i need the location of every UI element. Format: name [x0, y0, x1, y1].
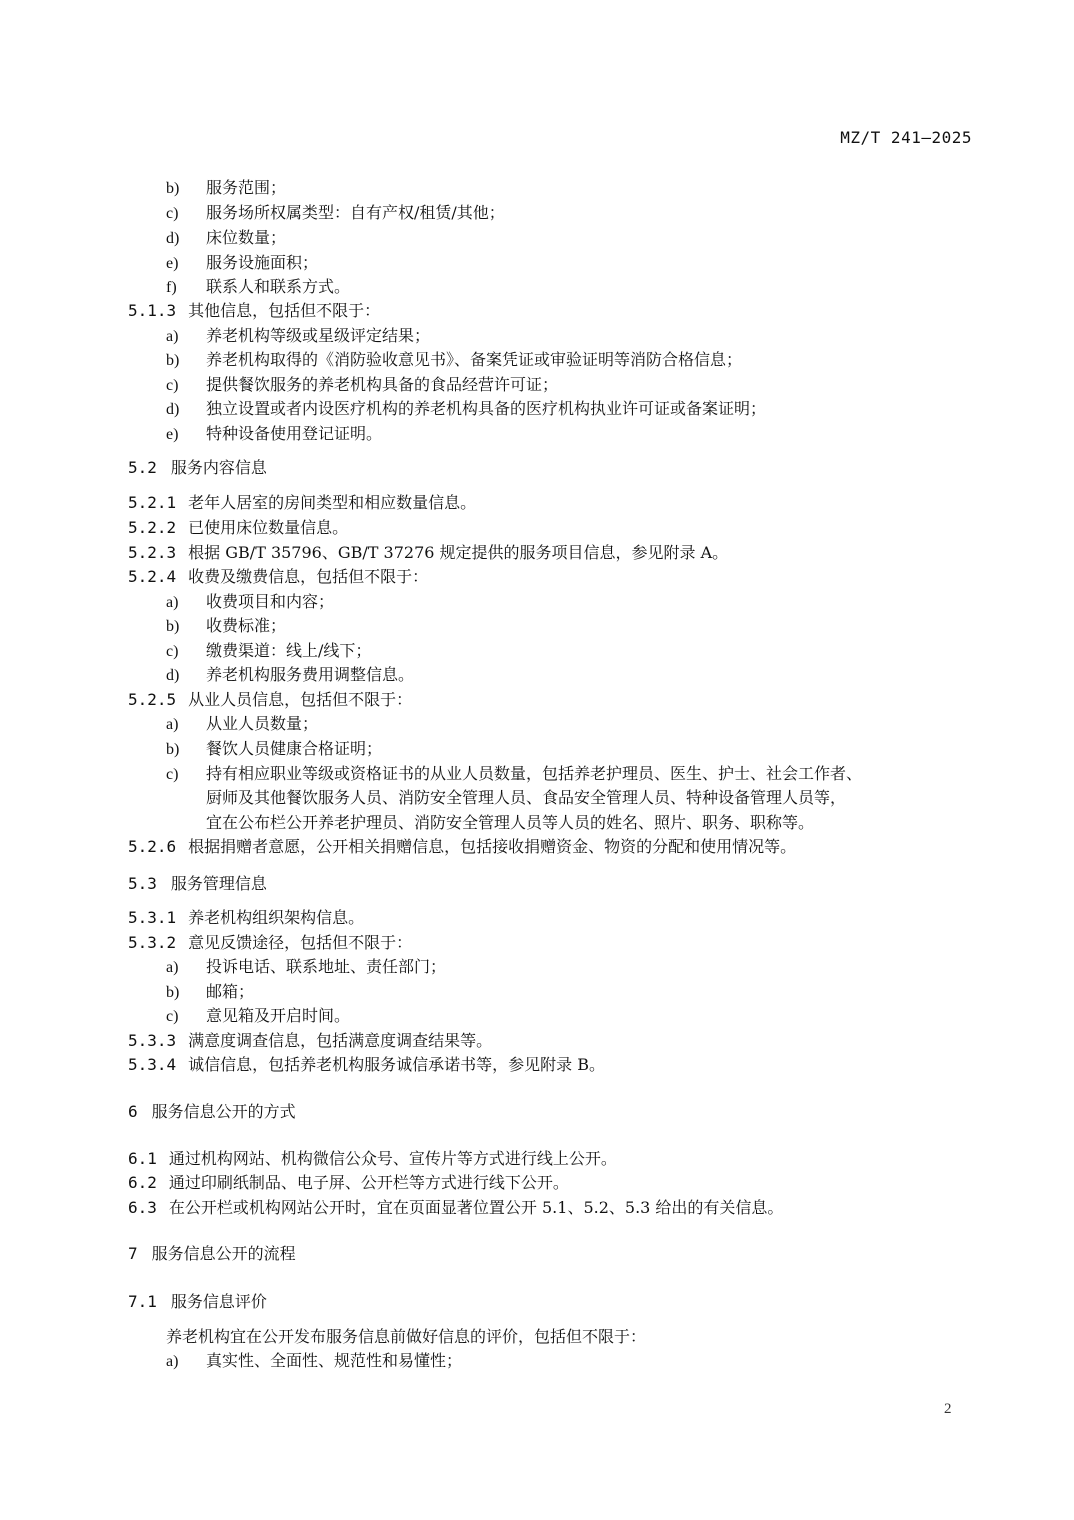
line-text: 服务范围；	[206, 178, 286, 197]
line-text: 邮箱；	[206, 982, 254, 1001]
list-item: c)持有相应职业等级或资格证书的从业人员数量，包括养老护理员、医生、护士、社会工…	[166, 762, 862, 787]
clause-number: 7	[128, 1242, 138, 1266]
list-item: d)养老机构服务费用调整信息。	[166, 663, 414, 688]
clause: 5.3.1养老机构组织架构信息。	[128, 906, 364, 930]
line-text: 从业人员信息，包括但不限于：	[188, 690, 412, 709]
item-label: c)	[166, 374, 206, 398]
item-label: e)	[166, 252, 206, 276]
line-text: 养老机构组织架构信息。	[188, 908, 364, 927]
list-item: c)意见箱及开启时间。	[166, 1004, 350, 1029]
clause-number: 5.2.3	[128, 541, 176, 565]
line-text: 养老机构宜在公开发布服务信息前做好信息的评价，包括但不限于：	[166, 1327, 646, 1346]
clause-number: 5.2.2	[128, 516, 176, 540]
line-text: 收费标准；	[206, 616, 286, 635]
line-text: 养老机构服务费用调整信息。	[206, 665, 414, 684]
list-item: f)联系人和联系方式。	[166, 275, 350, 300]
item-label: b)	[166, 981, 206, 1005]
clause: 5.2.5从业人员信息，包括但不限于：	[128, 688, 412, 712]
clause: 6.1通过机构网站、机构微信公众号、宣传片等方式进行线上公开。	[128, 1147, 617, 1171]
paragraph: 养老机构宜在公开发布服务信息前做好信息的评价，包括但不限于：	[166, 1325, 646, 1349]
line-text: 特种设备使用登记证明。	[206, 424, 382, 443]
line-text: 投诉电话、联系地址、责任部门；	[206, 957, 446, 976]
item-label: d)	[166, 227, 206, 251]
list-item: a)投诉电话、联系地址、责任部门；	[166, 955, 446, 980]
list-item: e)服务设施面积；	[166, 251, 318, 276]
clause: 6.2通过印刷纸制品、电子屏、公开栏等方式进行线下公开。	[128, 1171, 569, 1195]
line-text: 服务设施面积；	[206, 253, 318, 272]
clause-number: 6.1	[128, 1147, 157, 1171]
clause: 5.2.2已使用床位数量信息。	[128, 516, 348, 540]
clause-number: 6.2	[128, 1171, 157, 1195]
item-label: b)	[166, 177, 206, 201]
clause-number: 5.3.2	[128, 931, 176, 955]
line-text: 意见箱及开启时间。	[206, 1006, 350, 1025]
item-label: b)	[166, 349, 206, 373]
line-text: 养老机构等级或星级评定结果；	[206, 326, 430, 345]
clause-number: 5.3.3	[128, 1029, 176, 1053]
section-heading: 5.3服务管理信息	[128, 872, 267, 896]
item-label: c)	[166, 640, 206, 664]
list-item: a)收费项目和内容；	[166, 590, 334, 615]
list-item: b)餐饮人员健康合格证明；	[166, 737, 382, 762]
line-text: 收费及缴费信息，包括但不限于：	[188, 567, 428, 586]
clause: 5.1.3其他信息，包括但不限于：	[128, 299, 380, 323]
line-text: 服务管理信息	[171, 874, 267, 893]
clause-number: 5.2	[128, 456, 157, 480]
clause-number: 5.2.1	[128, 491, 176, 515]
line-text: 在公开栏或机构网站公开时，宜在页面显著位置公开 5.1、5.2、5.3 给出的有…	[169, 1198, 784, 1217]
clause-number: 5.3.4	[128, 1053, 176, 1077]
item-label: a)	[166, 591, 206, 615]
line-text: 服务场所权属类型：自有产权/租赁/其他；	[206, 203, 505, 222]
section-heading: 5.2服务内容信息	[128, 456, 267, 480]
item-label: b)	[166, 738, 206, 762]
list-item: d)床位数量；	[166, 226, 286, 251]
list-item: b)邮箱；	[166, 980, 254, 1005]
line-text: 其他信息，包括但不限于：	[188, 301, 380, 320]
line-text: 餐饮人员健康合格证明；	[206, 739, 382, 758]
page-number: 2	[944, 1401, 952, 1418]
clause: 5.2.3根据 GB/T 35796、GB/T 37276 规定提供的服务项目信…	[128, 541, 728, 565]
line-text: 床位数量；	[206, 228, 286, 247]
clause: 5.3.3满意度调查信息，包括满意度调查结果等。	[128, 1029, 492, 1053]
list-item: e)特种设备使用登记证明。	[166, 422, 382, 447]
line-text: 通过机构网站、机构微信公众号、宣传片等方式进行线上公开。	[169, 1149, 617, 1168]
line-text: 缴费渠道：线上/线下；	[206, 641, 371, 660]
line-text: 真实性、全面性、规范性和易懂性；	[206, 1351, 462, 1370]
clause-number: 5.2.6	[128, 835, 176, 859]
clause-number: 6.3	[128, 1196, 157, 1220]
line-text: 收费项目和内容；	[206, 592, 334, 611]
line-text: 持有相应职业等级或资格证书的从业人员数量，包括养老护理员、医生、护士、社会工作者…	[206, 764, 862, 783]
list-item-continuation: 厨师及其他餐饮服务人员、消防安全管理人员、食品安全管理人员、特种设备管理人员等，	[206, 786, 846, 810]
clause: 5.3.4诚信信息，包括养老机构服务诚信承诺书等，参见附录 B。	[128, 1053, 605, 1077]
item-label: a)	[166, 1350, 206, 1374]
clause-number: 5.3	[128, 872, 157, 896]
section-heading: 6服务信息公开的方式	[128, 1100, 296, 1124]
line-text: 养老机构取得的《消防验收意见书》、备案凭证或审验证明等消防合格信息；	[206, 350, 742, 369]
section-heading: 7服务信息公开的流程	[128, 1242, 296, 1266]
line-text: 根据 GB/T 35796、GB/T 37276 规定提供的服务项目信息，参见附…	[188, 543, 728, 562]
list-item: d)独立设置或者内设医疗机构的养老机构具备的医疗机构执业许可证或备案证明；	[166, 397, 766, 422]
standard-code: MZ/T 241—2025	[840, 128, 972, 147]
line-text: 提供餐饮服务的养老机构具备的食品经营许可证；	[206, 375, 558, 394]
section-heading: 7.1服务信息评价	[128, 1290, 267, 1314]
clause: 5.3.2意见反馈途径，包括但不限于：	[128, 931, 412, 955]
list-item: a)真实性、全面性、规范性和易懂性；	[166, 1349, 462, 1374]
line-text: 老年人居室的房间类型和相应数量信息。	[188, 493, 476, 512]
clause-number: 5.2.5	[128, 688, 176, 712]
list-item: c)提供餐饮服务的养老机构具备的食品经营许可证；	[166, 373, 558, 398]
clause-number: 5.3.1	[128, 906, 176, 930]
line-text: 厨师及其他餐饮服务人员、消防安全管理人员、食品安全管理人员、特种设备管理人员等，	[206, 788, 846, 807]
item-label: d)	[166, 398, 206, 422]
list-item: a)养老机构等级或星级评定结果；	[166, 324, 430, 349]
list-item: b)养老机构取得的《消防验收意见书》、备案凭证或审验证明等消防合格信息；	[166, 348, 742, 373]
item-label: c)	[166, 202, 206, 226]
list-item-continuation: 宜在公布栏公开养老护理员、消防安全管理人员等人员的姓名、照片、职务、职称等。	[206, 811, 814, 835]
clause: 5.2.1老年人居室的房间类型和相应数量信息。	[128, 491, 476, 515]
line-text: 从业人员数量；	[206, 714, 318, 733]
line-text: 联系人和联系方式。	[206, 277, 350, 296]
clause-number: 7.1	[128, 1290, 157, 1314]
line-text: 服务信息公开的方式	[152, 1102, 296, 1121]
line-text: 诚信信息，包括养老机构服务诚信承诺书等，参见附录 B。	[188, 1055, 605, 1074]
list-item: b)服务范围；	[166, 176, 286, 201]
clause: 5.2.6根据捐赠者意愿，公开相关捐赠信息，包括接收捐赠资金、物资的分配和使用情…	[128, 835, 796, 859]
clause: 5.2.4收费及缴费信息，包括但不限于：	[128, 565, 428, 589]
line-text: 通过印刷纸制品、电子屏、公开栏等方式进行线下公开。	[169, 1173, 569, 1192]
line-text: 满意度调查信息，包括满意度调查结果等。	[188, 1031, 492, 1050]
line-text: 服务信息公开的流程	[152, 1244, 296, 1263]
list-item: b)收费标准；	[166, 614, 286, 639]
clause-number: 6	[128, 1100, 138, 1124]
item-label: a)	[166, 956, 206, 980]
item-label: e)	[166, 423, 206, 447]
item-label: d)	[166, 664, 206, 688]
clause-number: 5.2.4	[128, 565, 176, 589]
item-label: b)	[166, 615, 206, 639]
line-text: 宜在公布栏公开养老护理员、消防安全管理人员等人员的姓名、照片、职务、职称等。	[206, 813, 814, 832]
item-label: a)	[166, 713, 206, 737]
line-text: 已使用床位数量信息。	[188, 518, 348, 537]
line-text: 根据捐赠者意愿，公开相关捐赠信息，包括接收捐赠资金、物资的分配和使用情况等。	[188, 837, 796, 856]
list-item: c)服务场所权属类型：自有产权/租赁/其他；	[166, 201, 505, 226]
item-label: c)	[166, 1005, 206, 1029]
line-text: 服务内容信息	[171, 458, 267, 477]
item-label: c)	[166, 763, 206, 787]
line-text: 服务信息评价	[171, 1292, 267, 1311]
clause-number: 5.1.3	[128, 299, 176, 323]
list-item: a)从业人员数量；	[166, 712, 318, 737]
line-text: 意见反馈途径，包括但不限于：	[188, 933, 412, 952]
list-item: c)缴费渠道：线上/线下；	[166, 639, 371, 664]
item-label: f)	[166, 276, 206, 300]
item-label: a)	[166, 325, 206, 349]
clause: 6.3在公开栏或机构网站公开时，宜在页面显著位置公开 5.1、5.2、5.3 给…	[128, 1196, 783, 1220]
line-text: 独立设置或者内设医疗机构的养老机构具备的医疗机构执业许可证或备案证明；	[206, 399, 766, 418]
